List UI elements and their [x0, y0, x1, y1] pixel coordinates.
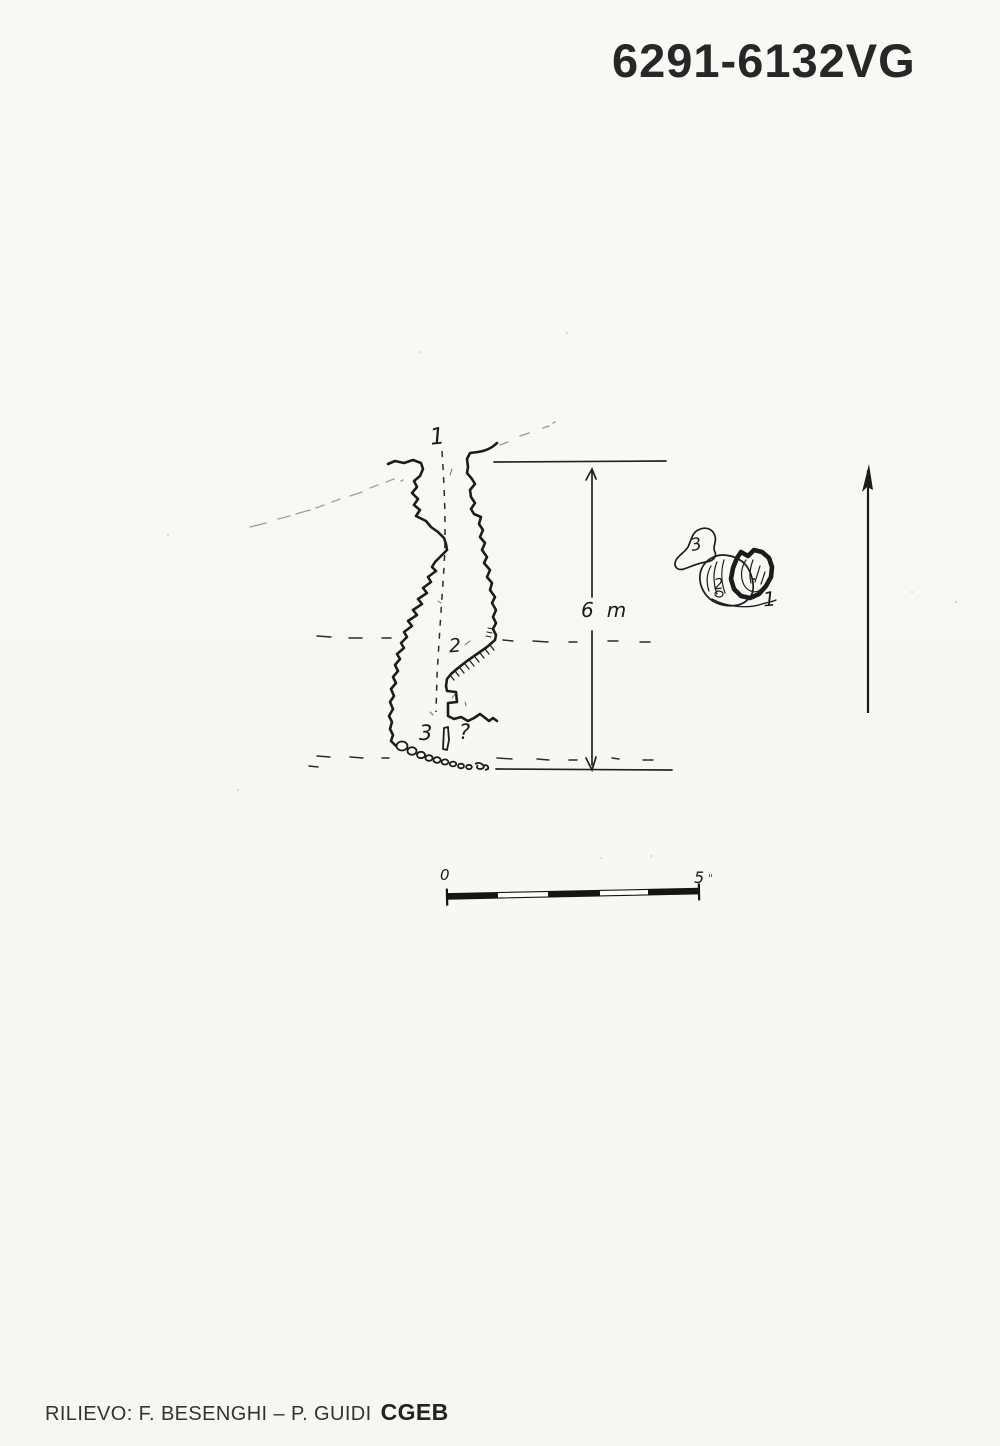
- scale-end-mark: ": [708, 873, 713, 884]
- survey-credit: RILIEVO: F. BESENGHI – P. GUIDI CGEB: [45, 1399, 449, 1426]
- datum-line-top: [494, 461, 666, 462]
- profile-label-1: 1: [429, 425, 446, 449]
- surface-line-left: [250, 479, 403, 527]
- plan-label-2: 2: [713, 577, 724, 593]
- datum-line-bottom: [496, 769, 672, 770]
- sketch-marks: [430, 469, 470, 715]
- level-line-lower: [309, 756, 653, 767]
- profile-label-2: 2: [448, 637, 461, 657]
- scale-end-label: 5: [694, 870, 704, 886]
- scanned-survey-page: 6291-6132VG: [0, 0, 1000, 1446]
- arrowhead-down-icon: [586, 757, 596, 770]
- depth-unit: m: [607, 598, 626, 622]
- surface-line-right: [500, 422, 555, 445]
- rock-sliver: [443, 727, 449, 750]
- profile-label-3: 3: [419, 723, 432, 744]
- scale-bar: [447, 883, 699, 905]
- depth-value: 6: [581, 598, 594, 622]
- north-arrow-icon: [862, 464, 873, 713]
- level-line-upper: [317, 636, 650, 642]
- organization-name: CGEB: [381, 1399, 449, 1426]
- cave-survey-drawing: [0, 0, 1000, 1446]
- scale-start-label: 0: [440, 868, 450, 883]
- plumb-centerline: [436, 451, 445, 712]
- depth-annotation: 6 m: [581, 598, 626, 622]
- uncertainty-mark: ?: [459, 722, 470, 743]
- plan-label-1: 1: [762, 588, 776, 609]
- arrowhead-up-icon: [586, 469, 596, 480]
- scan-noise: [167, 332, 957, 859]
- surveyors-names: RILIEVO: F. BESENGHI – P. GUIDI: [45, 1403, 372, 1426]
